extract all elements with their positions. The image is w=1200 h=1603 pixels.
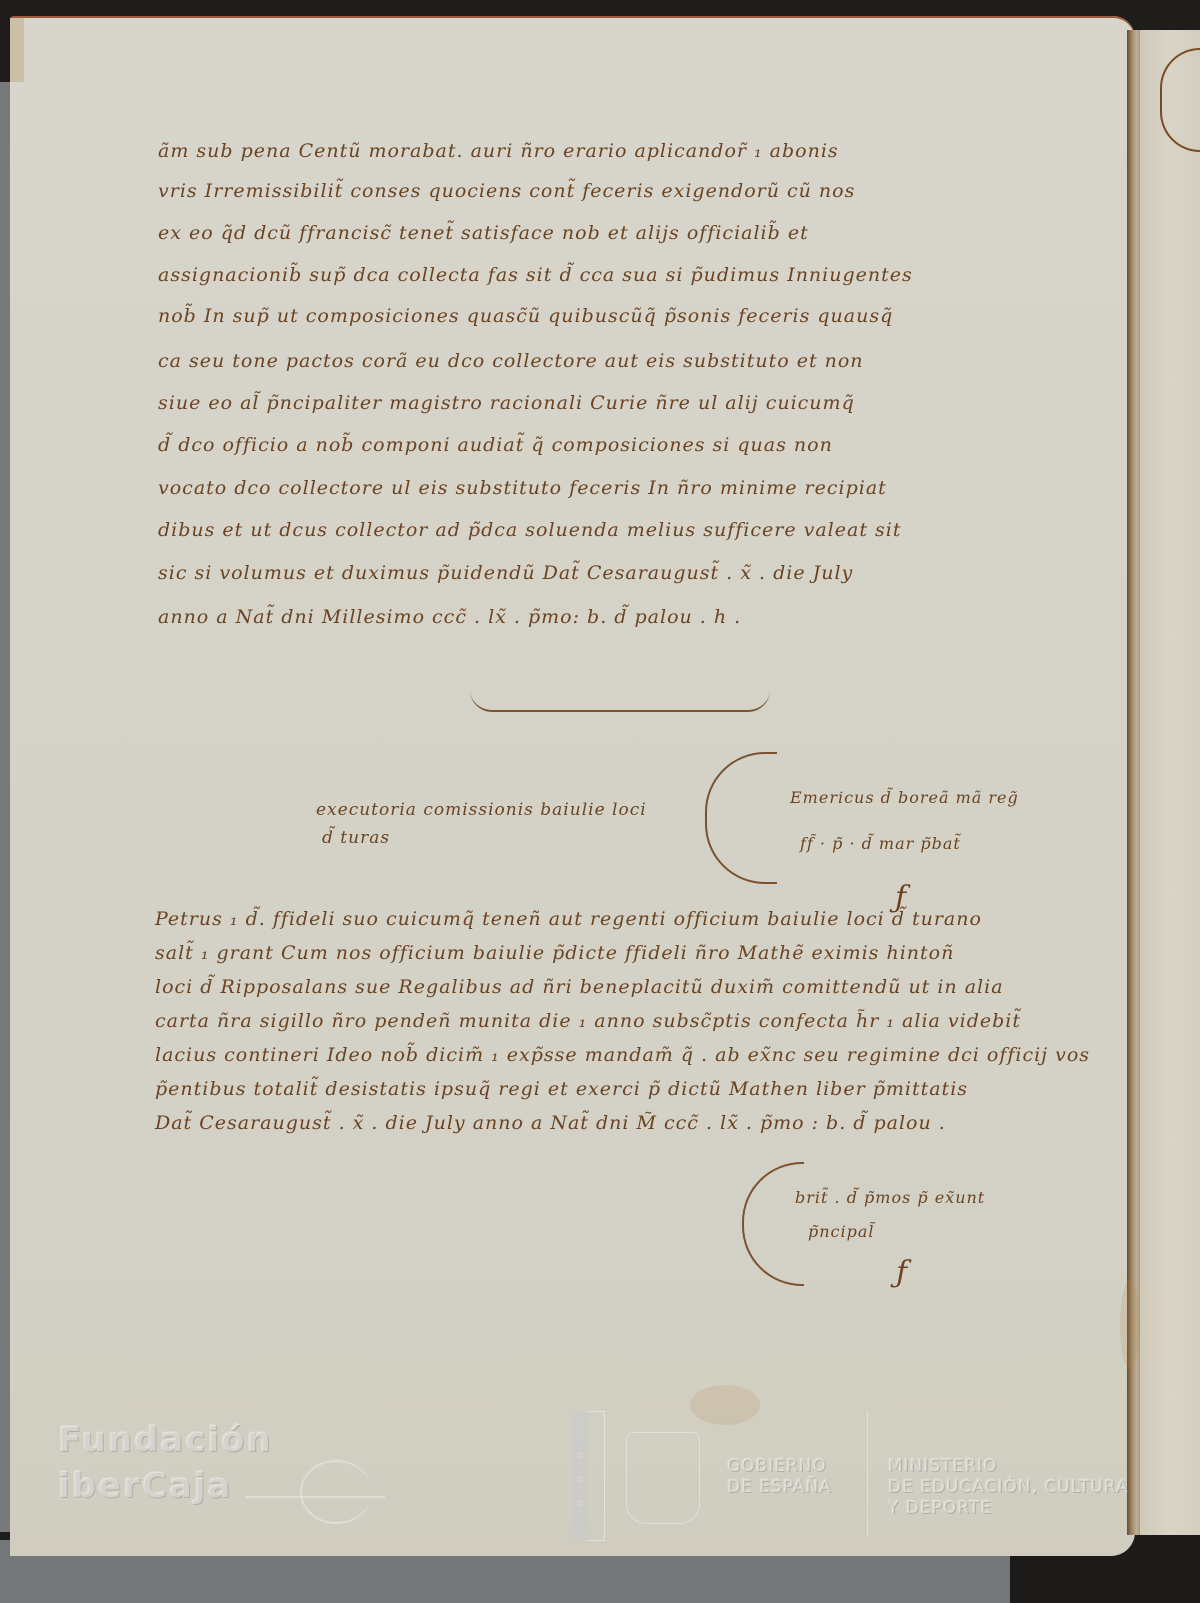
text-line: ãm sub pena Centũ morabat. auri ñro e… <box>158 140 839 162</box>
star-icon: ☆ <box>575 1498 584 1509</box>
watermark-ministerio-line: MINISTERIO <box>888 1456 1129 1477</box>
text-line: lacius contineri Ideo nob̃ dicim̃ ₁ exp̃… <box>155 1044 1090 1066</box>
manuscript-page <box>10 16 1135 1556</box>
coat-of-arms-icon <box>626 1432 700 1524</box>
watermark-ibercaja-text: iberCaja <box>58 1466 232 1506</box>
scribe-note-line: Emericus d̃ boreã mã reg̃ <box>790 788 1019 807</box>
text-line: sic si volumus et duximus p̃uidendũ Dat… <box>158 562 853 584</box>
text-line: loci d̃ Ripposalans sue Regalibus ad ñr… <box>155 976 1004 998</box>
watermark-ministerio-line: Y DEPORTE <box>888 1498 1129 1519</box>
watermark-divider <box>867 1411 868 1536</box>
margin-heading-line: d̃ turas <box>322 828 390 848</box>
water-stain <box>1120 1280 1140 1370</box>
facing-page-edge <box>1140 30 1200 1535</box>
scribe-mark-icon: ƒ <box>896 1255 907 1290</box>
text-line: ex eo q̃d dcũ ffrancisc̃ tenet̃ satisfa… <box>158 222 809 244</box>
text-line: vocato dco collectore ul eis substituto … <box>158 477 887 499</box>
text-line: p̃entibus totalit̃ desistatis ipsuq̃ reg… <box>155 1078 968 1100</box>
margin-heading-line: executoria comissionis baiulie loci <box>316 800 647 820</box>
watermark-ministerio-line: DE EDUCACIÓN, CULTURA <box>888 1477 1129 1498</box>
text-line: ca seu tone pactos corã eu dco collecto… <box>158 350 864 372</box>
star-icon: ☆ <box>575 1450 584 1461</box>
text-line: dibus et ut dcus collector ad p̃dca solu… <box>158 519 901 541</box>
text-line: assignacionib̃ sup̃ dca collecta fas sit… <box>158 264 913 286</box>
text-line: d̃ dco officio a nob̃ componi audiat̃ q̃… <box>158 434 833 456</box>
page-edge <box>10 18 24 82</box>
watermark-gobierno-text: GOBIERNO DE ESPAÑA <box>727 1456 832 1498</box>
watermark-gobierno-line: GOBIERNO <box>727 1456 832 1477</box>
star-icon: ☆ <box>575 1474 584 1485</box>
water-stain <box>690 1385 760 1425</box>
text-line: vris Irremissibilit̃ conses quociens con… <box>158 180 855 202</box>
scribe-note-line: p̃ncipal̃ <box>808 1222 875 1241</box>
text-line: carta ñra sigillo ñro pendeñ munita d… <box>155 1010 1021 1032</box>
ibercaja-logo-icon <box>300 1460 372 1524</box>
text-line: anno a Nat̃ dni Millesimo ccc̃ . lx̃ . p… <box>158 606 741 628</box>
text-line: Dat̃ Cesaraugust̃ . x̃ . die July anno a… <box>155 1112 946 1134</box>
text-line: siue eo al̃ p̃ncipaliter magistro racion… <box>158 392 855 414</box>
watermark-gobierno-line: DE ESPAÑA <box>727 1477 832 1498</box>
text-line: nob̃ In sup̃ ut composiciones quasc̃ũ q… <box>158 305 893 327</box>
scribe-note-line: brit̃ . d̃ p̃mos p̃ ex̃unt <box>795 1188 985 1207</box>
watermark-ministerio-text: MINISTERIO DE EDUCACIÓN, CULTURA Y DEPOR… <box>888 1456 1129 1519</box>
text-line: salt̃ ₁ grant Cum nos officium baiulie p… <box>155 942 954 964</box>
ink-flourish <box>470 690 770 712</box>
text-line: Petrus ₁ d̃. ffideli suo cuicumq̃ teneñ… <box>155 908 982 930</box>
spain-flag-frame-icon <box>588 1411 605 1541</box>
watermark-fundacion-text: Fundación <box>58 1420 273 1460</box>
scribe-note-line: ff̃ · p̃ · d̃ mar p̃bat̃ <box>800 834 961 853</box>
